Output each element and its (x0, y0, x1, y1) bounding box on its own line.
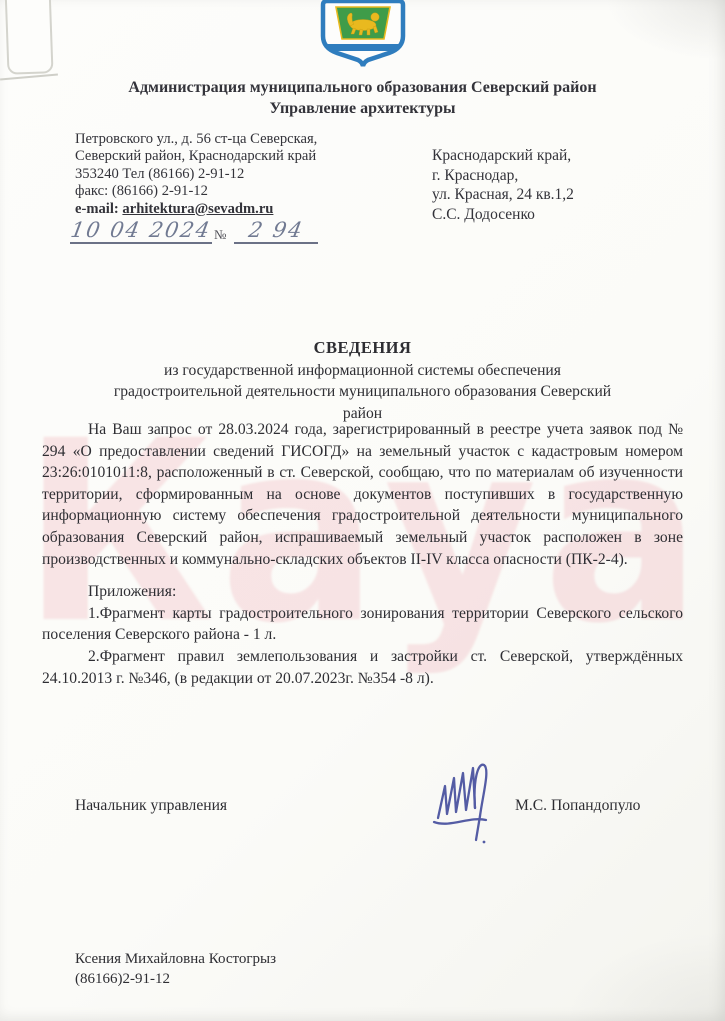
document-subtitle: из государственной информационной систем… (42, 360, 683, 424)
sender-address-line: 353240 Тел (86166) 2-91-12 (75, 166, 420, 183)
executor-block: Ксения Михайловна Костогрыз (86166)2-91-… (75, 950, 276, 989)
recipient-line: С.С. Додосенко (432, 205, 574, 225)
subtitle-line: градостроительной деятельности муниципал… (42, 381, 683, 402)
letter-content: Администрация муниципального образования… (0, 0, 725, 1021)
sender-email-row: e-mail: arhitektura@sevadm.ru (75, 201, 420, 218)
date-blank: 10 04 2024 (70, 218, 212, 244)
body-paragraph: На Ваш запрос от 28.03.2024 года, зареги… (42, 419, 683, 570)
subtitle-line: из государственной информационной систем… (42, 360, 683, 381)
registration-line: 10 04 2024№2 94 (70, 218, 318, 250)
number-blank: 2 94 (234, 218, 318, 244)
signatory-position: Начальник управления (75, 797, 227, 815)
sender-address-line: Петровского ул., д. 56 ст-ца Северская, (75, 131, 420, 148)
sender-email: arhitektura@sevadm.ru (122, 201, 273, 217)
recipient-block: Краснодарский край, г. Краснодар, ул. Кр… (432, 146, 574, 224)
org-name-line2: Управление архитектуры (0, 100, 725, 118)
recipient-line: Краснодарский край, (432, 146, 574, 166)
letter-body: На Ваш запрос от 28.03.2024 года, зареги… (42, 419, 683, 689)
executor-name: Ксения Михайловна Костогрыз (75, 950, 276, 970)
executor-phone: (86166)2-91-12 (75, 970, 276, 990)
email-label: e-mail: (75, 201, 119, 217)
coat-of-arms (319, 0, 407, 68)
handwritten-date: 10 04 2024 (69, 218, 213, 242)
document-title: СВЕДЕНИЯ (0, 338, 725, 358)
sender-address-line: Северский район, Краснодарский край (75, 148, 420, 165)
attachment-item: 2.Фрагмент правил землепользования и зас… (42, 646, 683, 689)
handwritten-number: 2 94 (247, 218, 306, 242)
signatory-name: М.С. Попандопуло (515, 797, 640, 815)
attachments-label: Приложения: (42, 581, 683, 603)
number-sign: № (212, 227, 228, 244)
recipient-line: ул. Красная, 24 кв.1,2 (432, 185, 574, 205)
scanned-letter-page: Кауап (0, 0, 725, 1021)
sender-address-line: факс: (86166) 2-91-12 (75, 183, 420, 200)
handwritten-signature (428, 752, 506, 848)
attachment-item: 1.Фрагмент карты градостроительного зони… (42, 603, 683, 646)
recipient-line: г. Краснодар, (432, 166, 574, 186)
org-name-line1: Администрация муниципального образования… (0, 79, 725, 97)
sender-address-block: Петровского ул., д. 56 ст-ца Северская, … (75, 131, 420, 218)
